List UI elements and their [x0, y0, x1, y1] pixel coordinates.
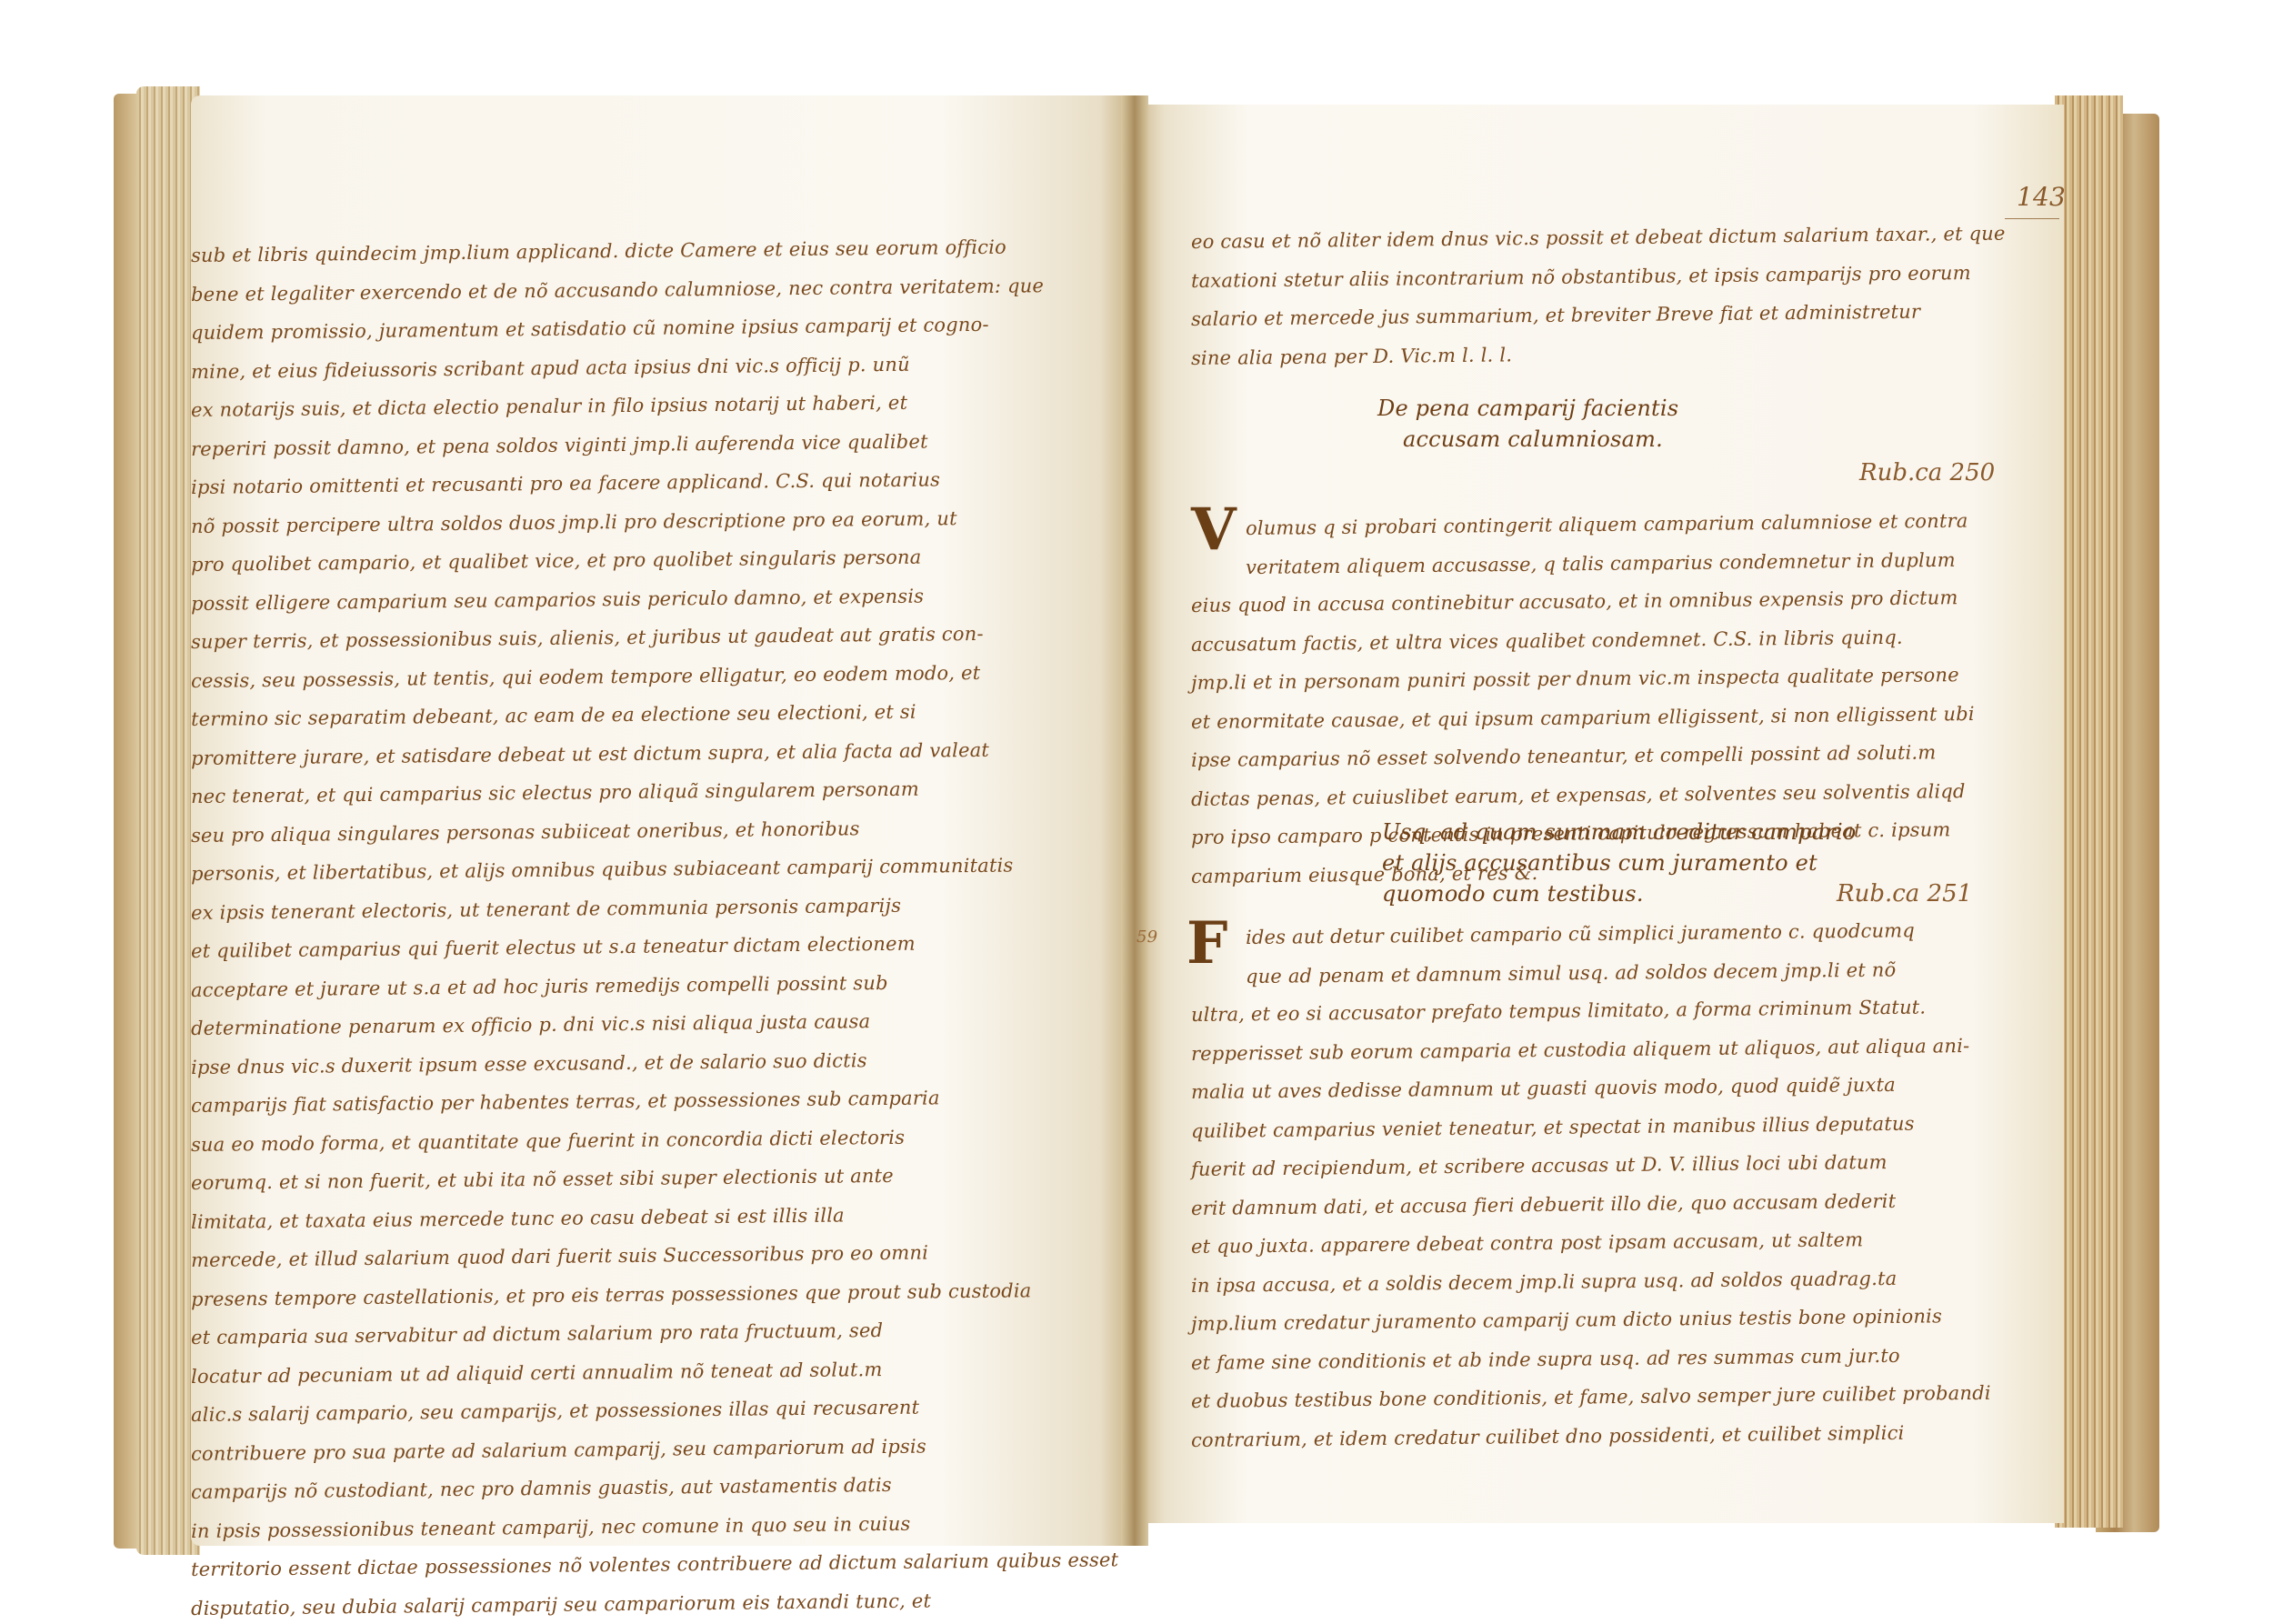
drop-cap-initial: F — [1187, 909, 1227, 977]
heading-line: quomodo cum testibus. — [1382, 878, 1857, 909]
heading-line: accusam calumniosam. — [1377, 424, 1678, 455]
text-line: contrarium, et idem credatur cuilibet dn… — [1191, 1412, 1991, 1459]
heading-line: et alijs accusantibus cum juramento et — [1382, 847, 1857, 878]
rubric-reference: Rub.ca 251 — [1837, 880, 1972, 907]
text-line: ides aut detur cuilibet campario cũ simp… — [1246, 911, 1915, 957]
section-251-text: ides aut detur cuilibet campario cũ simp… — [1246, 918, 1915, 996]
left-page-text: sub et libris quindecim jmp.lium applica… — [191, 236, 1064, 1624]
section-251-text-cont: ultra, et eo si accusator prefato tempus… — [1191, 996, 1991, 1459]
heading-line: Usq. ad quam summam creditur campario — [1382, 817, 1857, 847]
section-250-text: olumus q si probari contingerit aliquem … — [1246, 509, 1968, 586]
heading-line: De pena camparij facientis — [1377, 393, 1678, 424]
rubric-reference: Rub.ca 250 — [1859, 459, 1995, 486]
folio-number: 143 — [2017, 178, 2066, 216]
section-heading-250: De pena camparij facientis accusam calum… — [1377, 393, 1678, 455]
margin-note: 59 — [1136, 918, 1157, 957]
right-page-top-text: eo casu et nõ aliter idem dnus vic.s pos… — [1191, 223, 2118, 377]
drop-cap-initial: V — [1191, 496, 1237, 564]
book-gutter — [1121, 95, 1148, 1546]
text-line: olumus q si probari contingerit aliquem … — [1246, 502, 1968, 548]
section-heading-251: Usq. ad quam summam creditur campario et… — [1382, 817, 1857, 909]
